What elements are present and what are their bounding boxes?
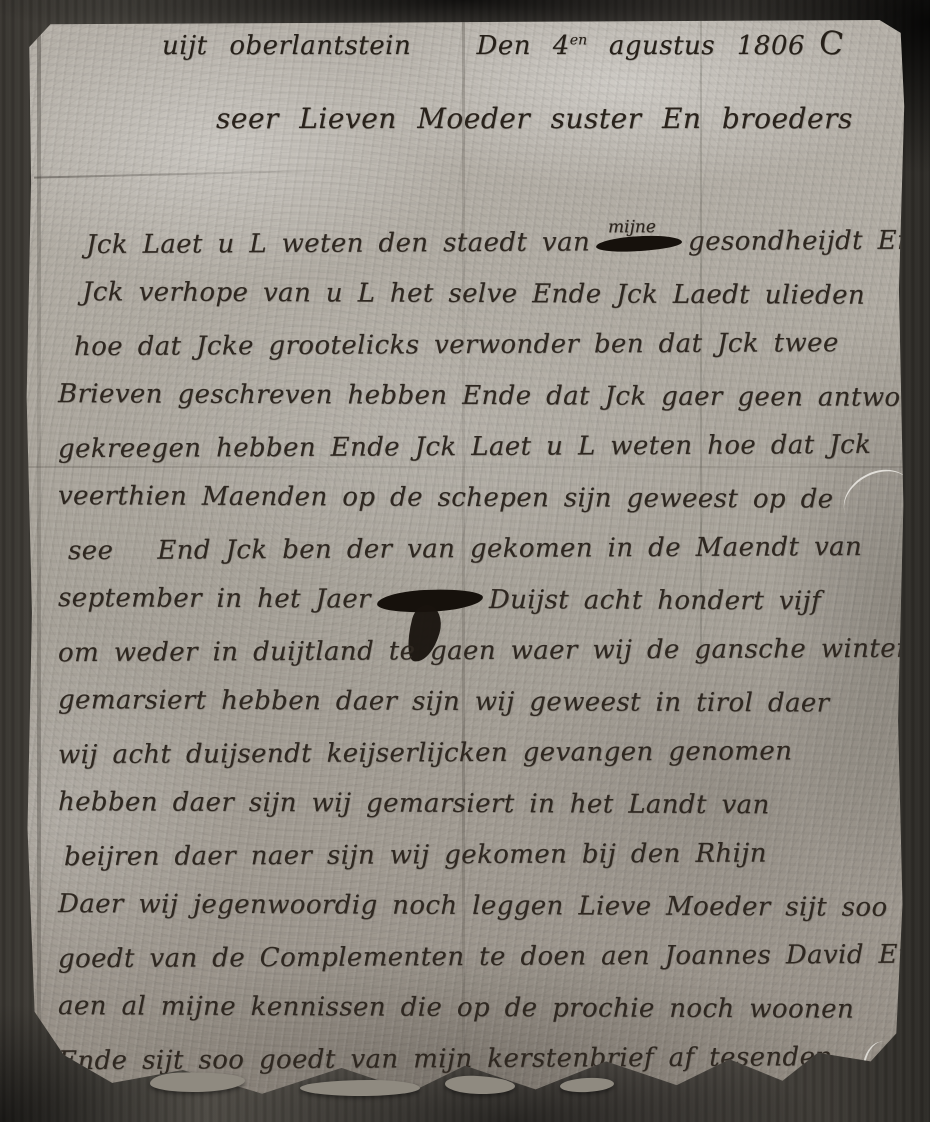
handwritten-line: Daer wij jegenwoordig noch leggen Lieve … [58,879,902,934]
flourish: C [817,22,847,63]
handwritten-line: goedt van de Complementen te doen aen Jo… [58,930,902,985]
letter-paper: uijt oberlantstein Den 4en agustus 1806C… [24,20,906,1098]
line-text: september in het Jaer [58,583,371,614]
handwritten-line: gekreegen hebben Ende Jck Laet u L weten… [58,420,902,475]
fold-crease-left [37,20,41,1098]
salutation: seer Lieven Moeder suster En broeders [216,102,853,135]
day-superscript: en [570,32,587,48]
handwritten-line: om weder in duijtland te gaen waer wij d… [58,624,902,679]
line-text: Duijst acht hondert vijf [489,585,821,616]
crease-top-left [34,167,414,178]
handwritten-line: hoe dat Jcke grootelicks verwonder ben d… [58,318,902,373]
ink-blot-wrap [377,575,483,626]
handwritten-line: september in het JaerDuijst acht hondert… [58,573,902,628]
crossed-out-word: mijne [596,217,682,268]
line-text: gesondheijdt Ende [688,226,930,257]
letter-body: Jck Laet u L weten den staedt vanmijnege… [58,218,902,1085]
handwritten-line: Jck Laet u L weten den staedt vanmijnege… [58,216,902,271]
handwritten-line: gemarsiert hebben daer sijn wij geweest … [58,675,902,730]
handwritten-line: veerthien Maenden op de schepen sijn gew… [58,471,902,526]
torn-paper-chip [300,1080,420,1096]
handwritten-line: hebben daer sijn wij gemarsiert in het L… [58,777,902,832]
handwritten-line: Brieven geschreven hebben Ende dat Jck g… [58,369,902,424]
line-text: Jck Laet u L weten den staedt van [86,227,590,260]
handwritten-line: Jck verhope van u L het selve Ende Jck L… [58,267,902,322]
dateline-rest: agustus 1806 [587,31,805,61]
dateline: uijt oberlantstein Den 4en agustus 1806C [162,24,844,62]
dateline-text: uijt oberlantstein Den 4 [162,31,570,61]
handwritten-line: aen al mijne kennissen die op de prochie… [58,981,902,1036]
handwritten-line: beijren daer naer sijn wij gekomen bij d… [58,828,902,883]
handwritten-line: see End Jck ben der van gekomen in de Ma… [58,522,902,577]
handwritten-line: wij acht duijsendt keijserlijcken gevang… [58,726,902,781]
letter-photograph: uijt oberlantstein Den 4en agustus 1806C… [0,0,930,1122]
